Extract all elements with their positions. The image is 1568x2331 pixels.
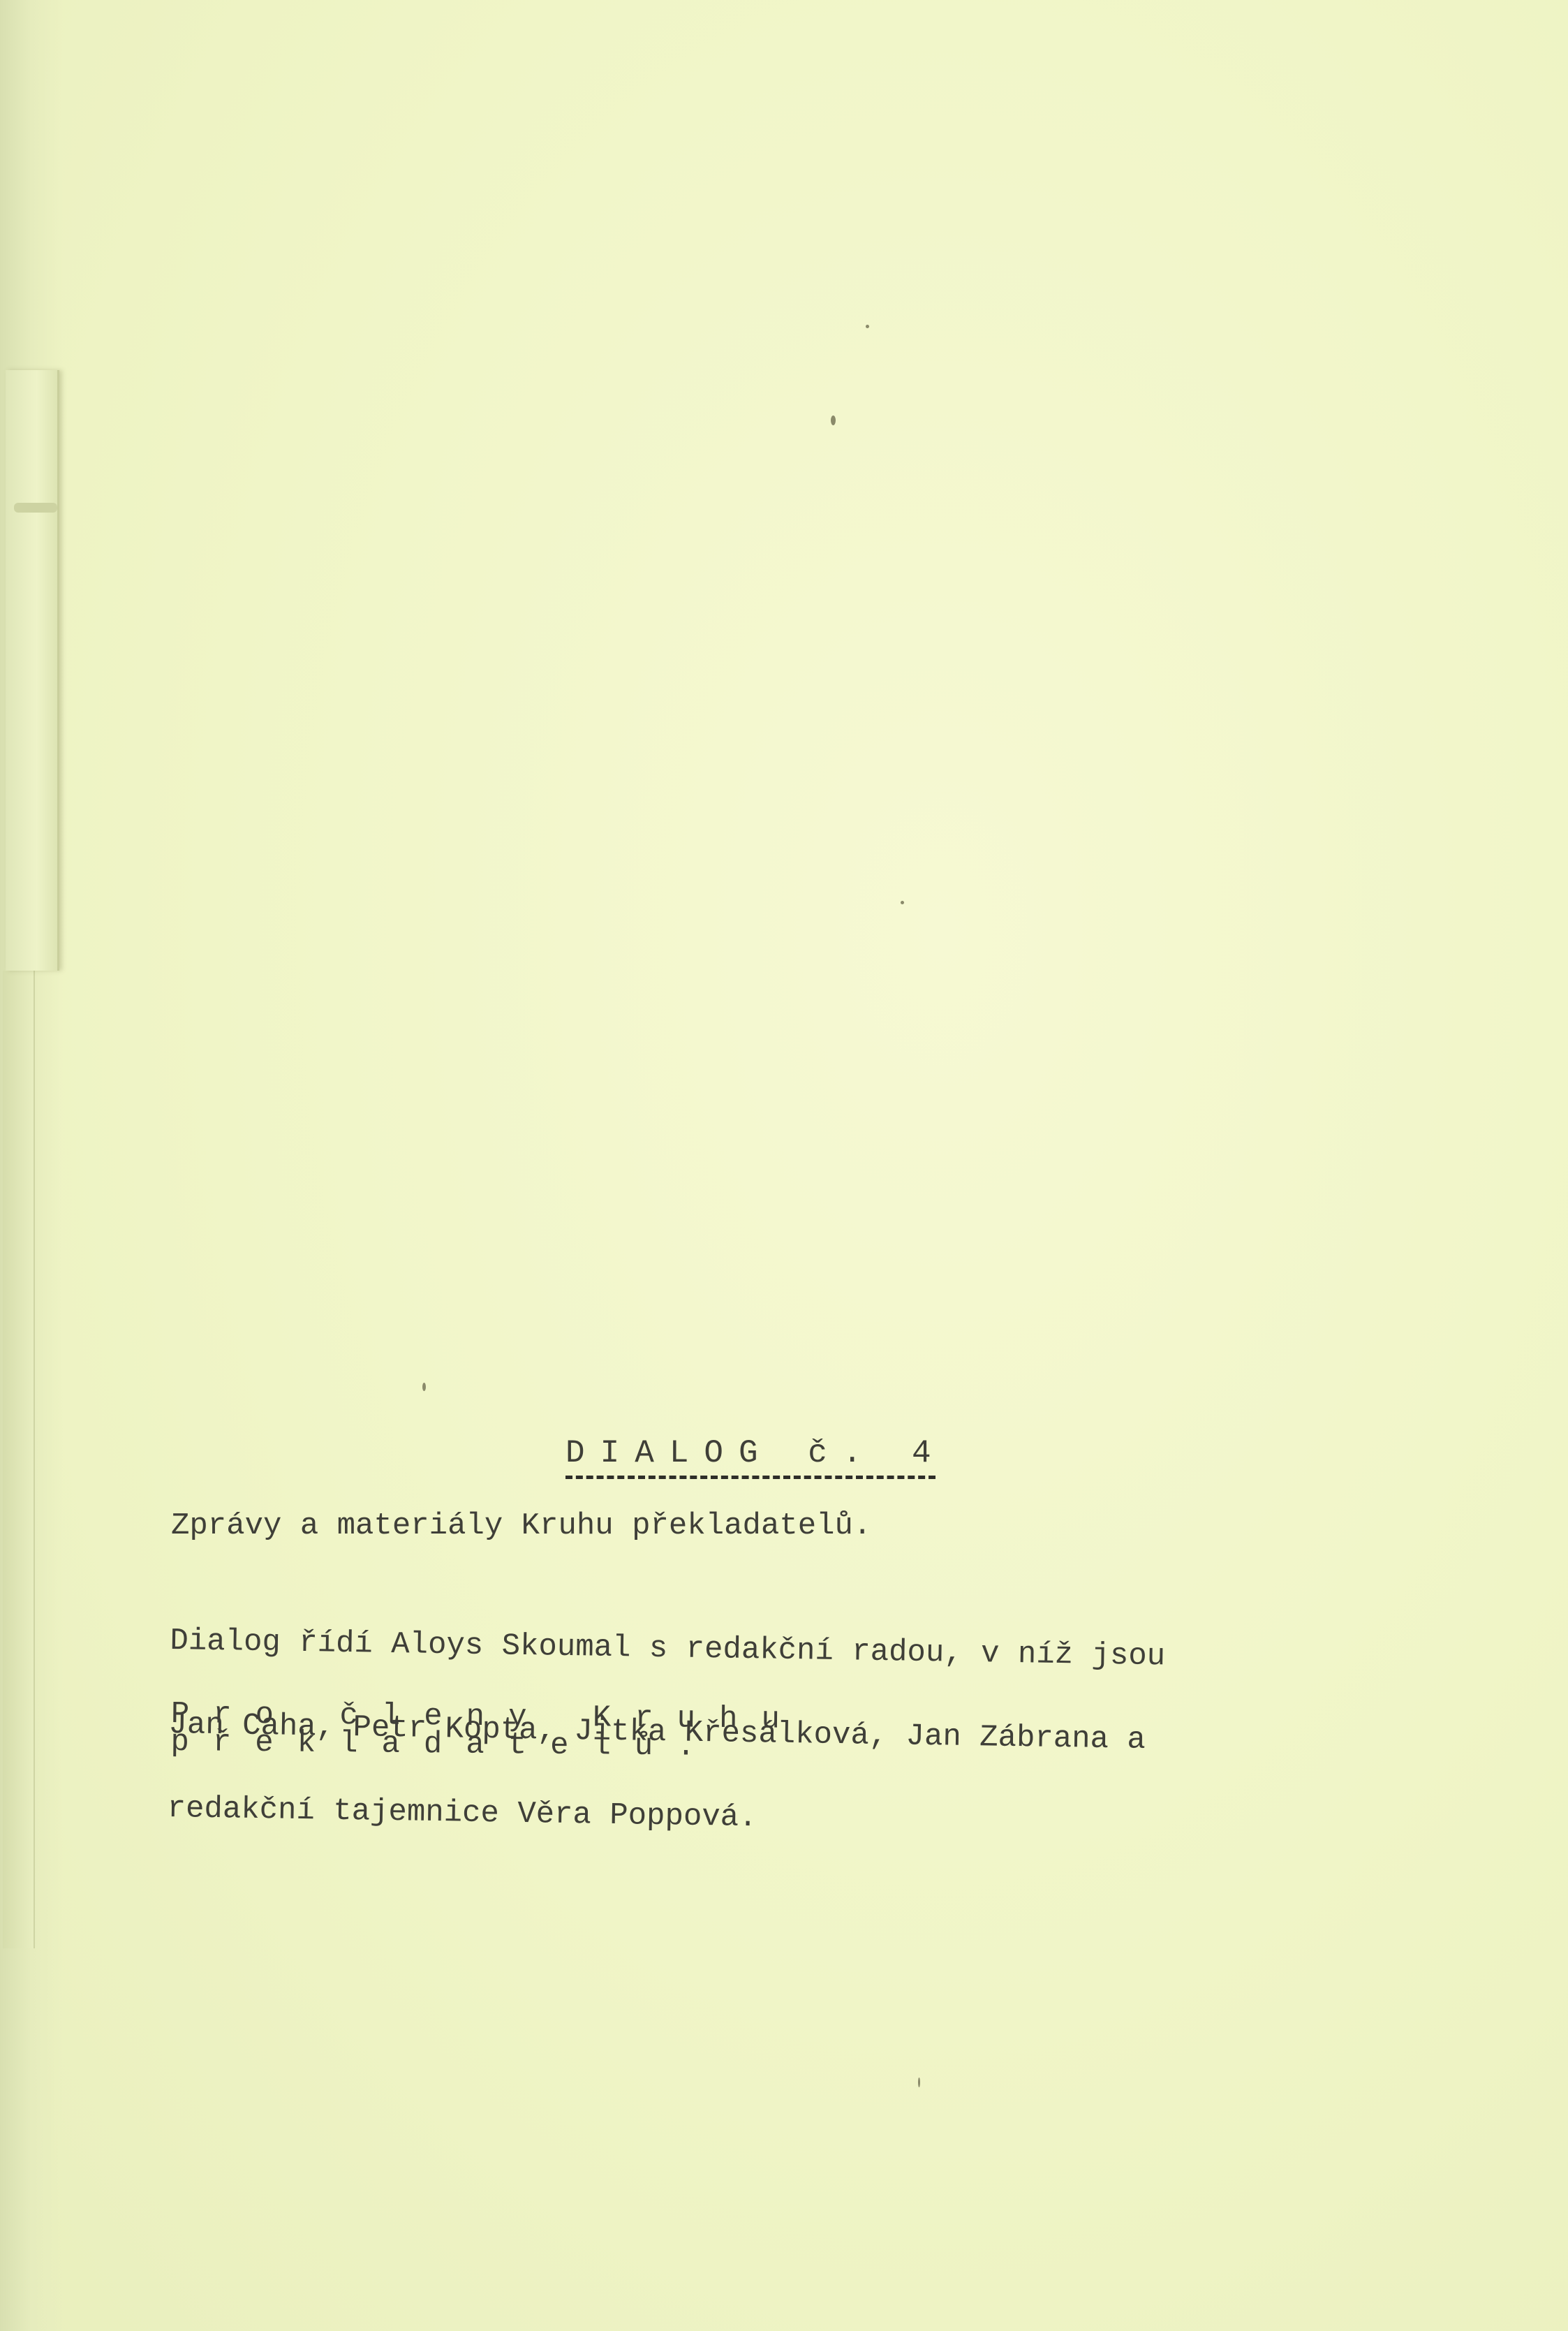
document-subtitle: Zprávy a materiály Kruhu překladatelů. bbox=[171, 1512, 1358, 1540]
editorial-line: redakční tajemnice Věra Poppová. bbox=[167, 1795, 1354, 1841]
binding-strip bbox=[6, 370, 59, 971]
paper-speck bbox=[831, 416, 836, 425]
editorial-line: Dialog řídí Aloys Skoumal s redakční rad… bbox=[170, 1627, 1356, 1674]
paper-speck bbox=[918, 2078, 920, 2087]
title-underline bbox=[565, 1476, 935, 1479]
paper-speck bbox=[422, 1383, 426, 1391]
paper-speck bbox=[901, 901, 904, 904]
dedication-line: Pro členy Kruhu překladatelů. bbox=[170, 1700, 1358, 1767]
title-block: DIALOG č. 4 bbox=[565, 1435, 947, 1479]
binding-spine bbox=[3, 971, 35, 1948]
document-title: DIALOG č. 4 bbox=[565, 1435, 947, 1471]
binding-tear bbox=[14, 503, 57, 513]
paper-background bbox=[0, 0, 1568, 2331]
paper-speck bbox=[866, 325, 869, 328]
